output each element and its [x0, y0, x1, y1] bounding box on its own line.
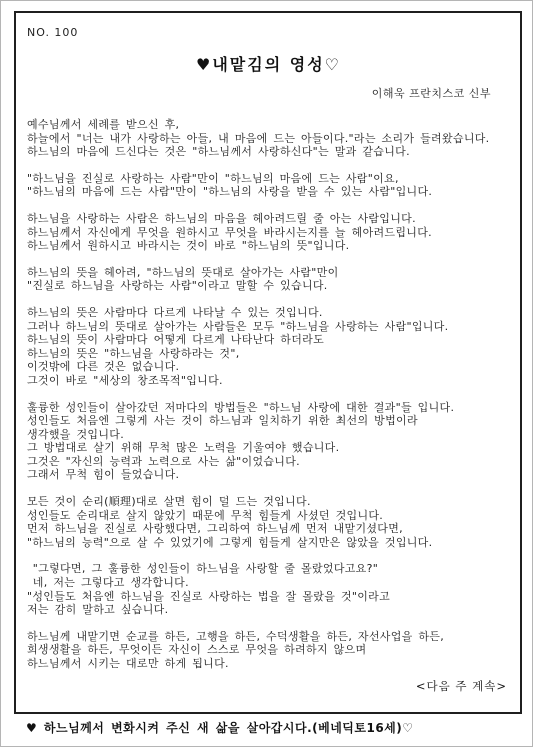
paragraph: "그렇다면, 그 훌륭한 성인들이 하느님을 사랑할 줄 몰랐었다고요?" 네,… [27, 562, 510, 616]
text-line: 하느님께서 원하시고 바라시는 것이 바로 "하느님의 뜻"입니다. [27, 239, 510, 253]
text-line: 희생생활을 하든, 무엇이든 자신이 스스로 무엇을 하려하지 않으며 [27, 643, 510, 657]
text-line: 하느님께서 시키는 대로만 하게 됩니다. [27, 657, 510, 671]
article-body: 예수님께서 세례를 받으신 후,하늘에서 "너는 내가 사랑하는 아들, 내 마… [27, 118, 510, 671]
author-byline: 이해욱 프란치스코 신부 [27, 85, 510, 101]
text-line: "하느님을 진실로 사랑하는 사람"만이 "하느님의 마음에 드는 사람"이요, [27, 172, 510, 186]
text-line: 하늘에서 "너는 내가 사랑하는 아들, 내 마음에 드는 아들이다."라는 소… [27, 132, 510, 146]
text-line: 이것밖에 다른 것은 없습니다. [27, 360, 510, 374]
text-line: 하느님께 내맡기면 순교를 하든, 고행을 하든, 수덕생활을 하든, 자선사업… [27, 630, 510, 644]
text-line: 그것이 바로 "세상의 창조목적"입니다. [27, 374, 510, 388]
page: NO. 100 ♥내맡김의 영성♡ 이해욱 프란치스코 신부 예수님께서 세례를… [0, 0, 533, 747]
text-line: 성인들도 처음엔 그렇게 사는 것이 하느님과 일치하기 위한 최선의 방법이라 [27, 414, 510, 428]
paragraph: 하느님을 사랑하는 사람은 하느님의 마음을 헤아려드릴 줄 아는 사람입니다.… [27, 212, 510, 253]
text-line: 먼저 하느님을 진실로 사랑했다면, 그리하여 하느님께 먼저 내맡기셨다면, [27, 522, 510, 536]
text-line: 생각했을 것입니다. [27, 428, 510, 442]
text-line: 하느님의 뜻이 사람마다 어떻게 다르게 나타난다 하더라도 [27, 333, 510, 347]
document-border-box: NO. 100 ♥내맡김의 영성♡ 이해욱 프란치스코 신부 예수님께서 세례를… [14, 11, 522, 714]
text-line: "하느님의 능력"으로 살 수 있었기에 그렇게 힘들게 살지만은 않았을 것입… [27, 536, 510, 550]
text-line: 모든 것이 순리(順理)대로 살면 힘이 덜 드는 것입니다. [27, 495, 510, 509]
text-line: 그것은 "자신의 능력과 노력으로 사는 삶"이었습니다. [27, 455, 510, 469]
text-line: 그러나 하느님의 뜻대로 살아가는 사람들은 모두 "하느님을 사랑하는 사람"… [27, 320, 510, 334]
document-number: NO. 100 [27, 26, 510, 39]
continued-notice: <다음 주 계속> [27, 678, 510, 694]
text-line: 하느님의 뜻은 "하느님을 사랑하라는 것", [27, 347, 510, 361]
text-line: 예수님께서 세례를 받으신 후, [27, 118, 510, 132]
text-line: 하느님을 사랑하는 사람은 하느님의 마음을 헤아려드릴 줄 아는 사람입니다. [27, 212, 510, 226]
text-line: "성인들도 처음엔 하느님을 진실로 사랑하는 법을 잘 몰랐을 것"이라고 [27, 590, 510, 604]
paragraph: 하느님께 내맡기면 순교를 하든, 고행을 하든, 수덕생활을 하든, 자선사업… [27, 630, 510, 671]
footer-quote: ♥ 하느님께서 변화시켜 주신 새 삶을 살아갑시다.(베네딕토16세)♡ [26, 719, 414, 736]
text-line: 성인들도 순리대로 살지 않았기 때문에 무척 힘들게 사셨던 것입니다. [27, 509, 510, 523]
text-line: 그 방법대로 살기 위해 무척 많은 노력을 기울여야 했습니다. [27, 441, 510, 455]
paragraph: "하느님을 진실로 사랑하는 사람"만이 "하느님의 마음에 드는 사람"이요,… [27, 172, 510, 199]
text-line: "하느님의 마음에 드는 사람"만이 "하느님의 사랑을 받을 수 있는 사람"… [27, 185, 510, 199]
text-line: 하느님의 마음에 드신다는 것은 "하느님께서 사랑하신다"는 말과 같습니다. [27, 145, 510, 159]
paragraph: 하느님의 뜻을 헤아려, "하느님의 뜻대로 살아가는 사람"만이"진실로 하느… [27, 266, 510, 293]
text-line: 훌륭한 성인들이 살아갔던 저마다의 방법들은 "하느님 사랑에 대한 결과"들… [27, 401, 510, 415]
text-line: "그렇다면, 그 훌륭한 성인들이 하느님을 사랑할 줄 몰랐었다고요?" [27, 562, 510, 576]
text-line: 하느님의 뜻은 사람마다 다르게 나타날 수 있는 것입니다. [27, 306, 510, 320]
document-title: ♥내맡김의 영성♡ [27, 52, 510, 75]
paragraph: 훌륭한 성인들이 살아갔던 저마다의 방법들은 "하느님 사랑에 대한 결과"들… [27, 401, 510, 483]
text-line: "진실로 하느님을 사랑하는 사람"이라고 말할 수 있습니다. [27, 279, 510, 293]
text-line: 그래서 무척 힘이 들었습니다. [27, 468, 510, 482]
paragraph: 하느님의 뜻은 사람마다 다르게 나타날 수 있는 것입니다.그러나 하느님의 … [27, 306, 510, 388]
paragraph: 예수님께서 세례를 받으신 후,하늘에서 "너는 내가 사랑하는 아들, 내 마… [27, 118, 510, 159]
text-line: 하느님의 뜻을 헤아려, "하느님의 뜻대로 살아가는 사람"만이 [27, 266, 510, 280]
text-line: 네, 저는 그렇다고 생각합니다. [27, 576, 510, 590]
text-line: 저는 감히 말하고 싶습니다. [27, 603, 510, 617]
paragraph: 모든 것이 순리(順理)대로 살면 힘이 덜 드는 것입니다.성인들도 순리대로… [27, 495, 510, 549]
text-line: 하느님께서 자신에게 무엇을 원하시고 무엇을 바라시는지를 늘 헤아려드립니다… [27, 226, 510, 240]
